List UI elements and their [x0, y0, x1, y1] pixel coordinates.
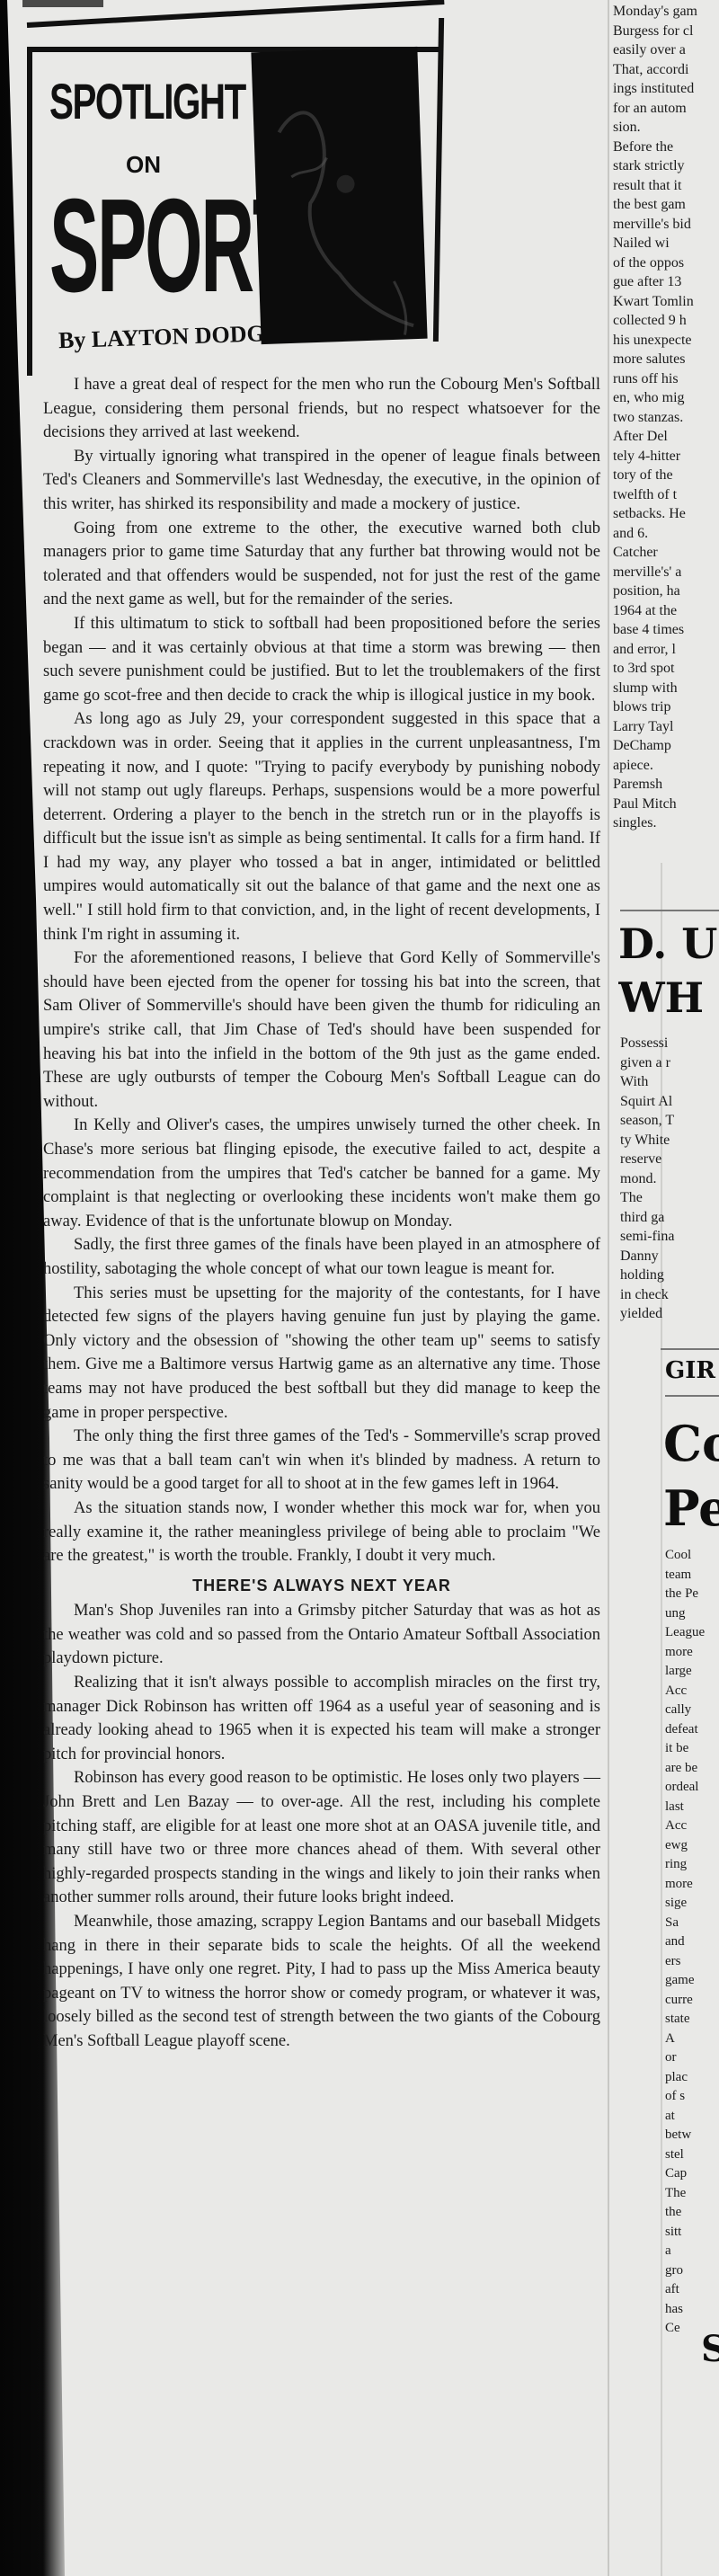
paragraph: As long ago as July 29, your corresponde…: [43, 707, 600, 946]
fragment-line: his unexpecte: [613, 331, 719, 351]
fragment-line: position, ha: [613, 582, 719, 601]
column-title-spotlight: SPOTLIGHT: [49, 72, 245, 130]
fragment-line: Sa: [665, 1914, 719, 1933]
fragment-line: at: [665, 2107, 719, 2127]
fragment-line: easily over a: [613, 40, 719, 60]
fragment-line: more: [665, 1875, 719, 1895]
paragraph: In Kelly and Oliver's cases, the umpires…: [43, 1114, 600, 1233]
fragment-line: League: [665, 1623, 719, 1643]
fragment-line: After Del: [613, 427, 719, 447]
fragment-line: defeat: [665, 1720, 719, 1740]
fragment-line: The: [665, 2184, 719, 2204]
adjacent-column-bottom-fragment: Coolteamthe PeungLeaguemorelargeAcccally…: [665, 1546, 719, 2355]
fragment-line: runs off his: [613, 369, 719, 389]
fragment-line: to 3rd spot: [613, 659, 719, 679]
fragment-line: of s: [665, 2087, 719, 2107]
fragment-line: sion.: [613, 118, 719, 138]
fragment-line: That, accordi: [613, 60, 719, 80]
fragment-line: Paul Mitch: [613, 795, 719, 814]
section-label: GIR: [665, 1357, 719, 1384]
fragment-line: Before the: [613, 138, 719, 157]
headline-rule: [620, 910, 719, 911]
fragment-line: curre: [665, 1991, 719, 2011]
fragment-line: setbacks. He: [613, 504, 719, 524]
fragment-line: Cool: [665, 1546, 719, 1566]
fragment-line: holding: [620, 1266, 719, 1285]
fragment-line: semi-fina: [620, 1227, 719, 1247]
top-page-marks: [22, 0, 103, 7]
paragraph: For the aforementioned reasons, I believ…: [43, 946, 600, 1114]
fragment-line: more salutes: [613, 350, 719, 369]
paragraph: Robinson has every good reason to be opt…: [43, 1766, 600, 1910]
fragment-line: en, who mig: [613, 388, 719, 408]
fragment-line: ring: [665, 1855, 719, 1875]
fragment-line: result that it: [613, 176, 719, 196]
headline-line: Pe: [663, 1476, 719, 1541]
fragment-line: The: [620, 1188, 719, 1208]
fragment-line: ty White: [620, 1131, 719, 1150]
headline-line: WH: [618, 971, 719, 1025]
paragraph: I have a great deal of respect for the m…: [43, 373, 600, 445]
fragment-line: base 4 times: [613, 620, 719, 640]
fragment-line: A: [665, 2030, 719, 2049]
fragment-line: Monday's gam: [613, 2, 719, 22]
fragment-line: tory of the: [613, 466, 719, 485]
section-rule: [665, 1395, 719, 1397]
columnist-portrait-photo: [251, 47, 427, 344]
adjacent-column-mid-fragment: Possessigiven a rWithSquirt Alseason, Tt…: [620, 1034, 719, 1321]
paragraph: Man's Shop Juveniles ran into a Grimsby …: [43, 1599, 600, 1671]
fragment-line: plac: [665, 2068, 719, 2088]
fragment-line: Squirt Al: [620, 1092, 719, 1112]
adjacent-column-top-fragment: Monday's gamBurgess for cleasily over aT…: [613, 2, 719, 910]
fragment-line: gro: [665, 2261, 719, 2281]
fragment-line: Possessi: [620, 1034, 719, 1053]
paragraph: Meanwhile, those amazing, scrappy Legion…: [43, 1910, 600, 2054]
fragment-line: DeChamp: [613, 736, 719, 756]
fragment-line: Danny: [620, 1247, 719, 1266]
fragment-line: in check: [620, 1285, 719, 1305]
fragment-line: blows trip: [613, 697, 719, 717]
fragment-line: two stanzas.: [613, 408, 719, 428]
fragment-line: ordeal: [665, 1778, 719, 1798]
fragment-line: merville's bid: [613, 215, 719, 235]
fragment-line: and error, l: [613, 640, 719, 660]
adjacent-headline-1: D. U WH: [618, 917, 719, 1025]
paragraph: If this ultimatum to stick to softball h…: [43, 612, 600, 707]
fragment-line: Larry Tayl: [613, 717, 719, 737]
fragment-line: reserve: [620, 1150, 719, 1169]
fragment-line: cally: [665, 1701, 719, 1720]
paragraph: The only thing the first three games of …: [43, 1425, 600, 1497]
fragment-line: or: [665, 2048, 719, 2068]
fragment-line: mond.: [620, 1169, 719, 1189]
fragment-line: Acc: [665, 1682, 719, 1701]
fragment-line: Acc: [665, 1817, 719, 1836]
fragment-line: Catcher: [613, 543, 719, 563]
paragraph: This series must be upsetting for the ma…: [43, 1282, 600, 1426]
fragment-line: last: [665, 1798, 719, 1817]
paragraph: As the situation stands now, I wonder wh…: [43, 1497, 600, 1568]
fragment-line: merville's' a: [613, 563, 719, 582]
fragment-line: the best gam: [613, 195, 719, 215]
fragment-line: ewg: [665, 1836, 719, 1856]
fragment-line: has: [665, 2300, 719, 2320]
adjacent-headline-3: S: [701, 2328, 719, 2370]
fragment-line: season, T: [620, 1111, 719, 1131]
fragment-line: aft: [665, 2280, 719, 2300]
fragment-line: twelfth of t: [613, 485, 719, 505]
fragment-line: singles.: [613, 813, 719, 833]
fragment-line: betw: [665, 2126, 719, 2145]
headline-line: Co: [663, 1411, 719, 1476]
fragment-line: ers: [665, 1952, 719, 1972]
paragraph: Going from one extreme to the other, the…: [43, 517, 600, 612]
fragment-line: more: [665, 1643, 719, 1663]
fragment-line: given a r: [620, 1053, 719, 1073]
fragment-line: for an autom: [613, 99, 719, 119]
fragment-line: state: [665, 2010, 719, 2030]
fragment-line: With: [620, 1072, 719, 1092]
fragment-line: stel: [665, 2145, 719, 2165]
fragment-line: third ga: [620, 1208, 719, 1228]
fragment-line: yielded: [620, 1304, 719, 1321]
subheading: THERE'S ALWAYS NEXT YEAR: [43, 1574, 600, 1598]
fragment-line: a: [665, 2242, 719, 2261]
column-divider: [608, 0, 609, 2576]
fragment-line: game: [665, 1971, 719, 1991]
fragment-line: Paremsh: [613, 775, 719, 795]
paragraph: Realizing that it isn't always possible …: [43, 1671, 600, 1766]
fragment-line: 1964 at the: [613, 601, 719, 621]
fragment-line: team: [665, 1566, 719, 1586]
fragment-line: tely 4-hitter: [613, 447, 719, 466]
section-rule: [661, 1348, 719, 1350]
fragment-line: Nailed wi: [613, 234, 719, 253]
fragment-line: ung: [665, 1604, 719, 1624]
fragment-line: the Pe: [665, 1585, 719, 1604]
paragraph: Sadly, the first three games of the fina…: [43, 1233, 600, 1281]
headline-line: D. U: [618, 917, 719, 971]
column-article-body: I have a great deal of respect for the m…: [43, 373, 600, 2054]
adjacent-headline-2: Co Pe: [663, 1411, 719, 1541]
fragment-line: sitt: [665, 2223, 719, 2243]
fragment-line: apiece.: [613, 756, 719, 776]
fragment-line: and 6.: [613, 524, 719, 544]
fragment-line: it be: [665, 1739, 719, 1759]
fragment-line: sige: [665, 1894, 719, 1914]
fragment-line: gue after 13: [613, 272, 719, 292]
fragment-line: ings instituted: [613, 79, 719, 99]
fragment-line: and: [665, 1932, 719, 1952]
fragment-line: large: [665, 1662, 719, 1682]
fragment-line: Burgess for cl: [613, 22, 719, 41]
fragment-line: the: [665, 2203, 719, 2223]
fragment-line: Cap: [665, 2164, 719, 2184]
fragment-line: collected 9 h: [613, 311, 719, 331]
fragment-line: slump with: [613, 679, 719, 698]
fragment-line: stark strictly: [613, 156, 719, 176]
fragment-line: of the oppos: [613, 253, 719, 273]
paragraph: By virtually ignoring what transpired in…: [43, 445, 600, 517]
fragment-line: are be: [665, 1759, 719, 1779]
fragment-line: Kwart Tomlin: [613, 292, 719, 312]
